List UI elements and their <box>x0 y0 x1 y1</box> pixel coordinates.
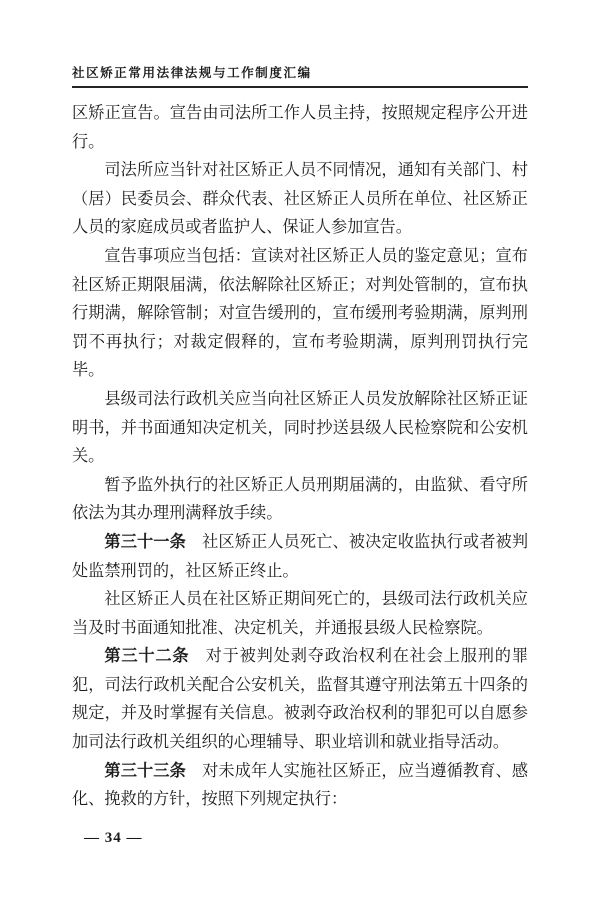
page-number: — 34 — <box>84 830 143 847</box>
paragraph-text: 社区矫正人员在社区矫正期间死亡的，县级司法行政机关应当及时书面通知批准、决定机关… <box>72 590 528 637</box>
running-header: 社区矫正常用法律法规与工作制度汇编 <box>72 63 528 82</box>
paragraph-text: 区矫正宣告。宣告由司法所工作人员主持，按照规定程序公开进行。 <box>72 104 528 151</box>
paragraph: 社区矫正人员在社区矫正期间死亡的，县级司法行政机关应当及时书面通知批准、决定机关… <box>72 585 528 642</box>
article-number: 第三十三条 <box>104 762 186 780</box>
paragraph-text: 司法所应当针对社区矫正人员不同情况，通知有关部门、村（居）民委员会、群众代表、社… <box>72 161 528 236</box>
paragraph: 区矫正宣告。宣告由司法所工作人员主持，按照规定程序公开进行。 <box>72 99 528 156</box>
paragraph-text: 宣告事项应当包括：宣读对社区矫正人员的鉴定意见；宣布社区矫正期限届满，依法解除社… <box>72 247 528 379</box>
paragraph: 司法所应当针对社区矫正人员不同情况，通知有关部门、村（居）民委员会、群众代表、社… <box>72 156 528 242</box>
paragraph: 暂予监外执行的社区矫正人员刑期届满的，由监狱、看守所依法为其办理刑满释放手续。 <box>72 471 528 528</box>
article-number: 第三十一条 <box>104 533 186 551</box>
paragraph: 宣告事项应当包括：宣读对社区矫正人员的鉴定意见；宣布社区矫正期限届满，依法解除社… <box>72 242 528 385</box>
paragraph: 县级司法行政机关应当向社区矫正人员发放解除社区矫正证明书，并书面通知决定机关，同… <box>72 385 528 471</box>
paragraph-article-32: 第三十二条对于被判处剥夺政治权利在社会上服刑的罪犯，司法行政机关配合公安机关，监… <box>72 642 528 756</box>
paragraph-text: 县级司法行政机关应当向社区矫正人员发放解除社区矫正证明书，并书面通知决定机关，同… <box>72 390 528 465</box>
paragraph-text: 暂予监外执行的社区矫正人员刑期届满的，由监狱、看守所依法为其办理刑满释放手续。 <box>72 476 528 523</box>
paragraph-article-33: 第三十三条对未成年人实施社区矫正，应当遵循教育、感化、挽救的方针，按照下列规定执… <box>72 757 528 814</box>
document-body: 区矫正宣告。宣告由司法所工作人员主持，按照规定程序公开进行。 司法所应当针对社区… <box>72 99 528 814</box>
article-number: 第三十二条 <box>104 647 189 665</box>
header-rule <box>72 86 528 88</box>
paragraph-article-31: 第三十一条社区矫正人员死亡、被决定收监执行或者被判处监禁刑罚的，社区矫正终止。 <box>72 528 528 585</box>
book-page: 社区矫正常用法律法规与工作制度汇编 区矫正宣告。宣告由司法所工作人员主持，按照规… <box>0 0 600 900</box>
book-title: 社区矫正常用法律法规与工作制度汇编 <box>72 66 312 80</box>
